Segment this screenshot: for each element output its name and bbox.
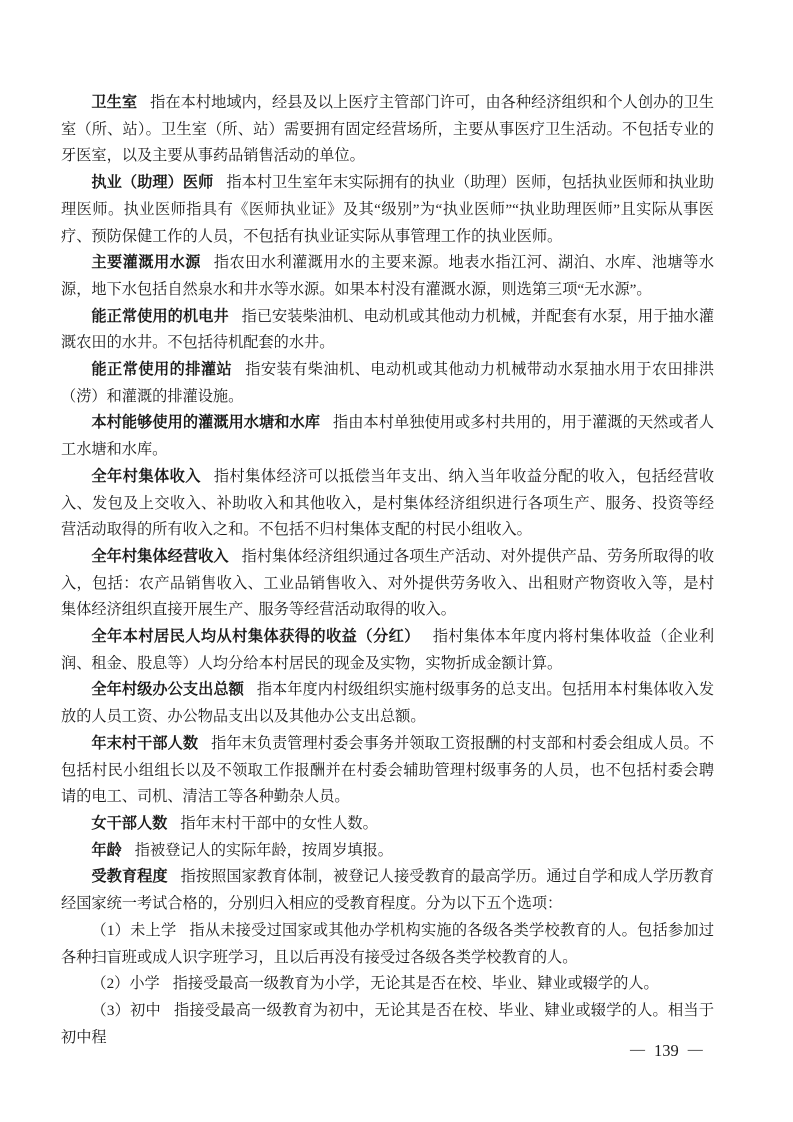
definition-term: 全年村集体收入 <box>91 468 201 485</box>
definition-paragraph: 年龄指被登记人的实际年龄，按周岁填报。 <box>61 838 714 865</box>
definition-text: 指在本村地域内，经县及以上医疗主管部门许可，由各种经济组织和个人创办的卫生室（所… <box>61 94 714 164</box>
definition-paragraph: 全年村级办公支出总额指本年度内村级组织实施村级事务的总支出。包括用本村集体收入发… <box>61 677 714 730</box>
page-number: 139 <box>654 1041 679 1060</box>
definition-term: 年龄 <box>91 842 121 859</box>
definition-paragraph: 能正常使用的排灌站指安装有柴油机、电动机或其他动力机械带动水泵抽水用于农田排洪（… <box>61 357 714 410</box>
definition-term: 卫生室 <box>91 94 137 111</box>
page-number-footer: —139— <box>621 1041 712 1061</box>
education-option-text: 指接受最高一级教育为小学，无论其是否在校、毕业、肄业或辍学的人。 <box>173 975 659 992</box>
definition-paragraph: 受教育程度指按照国家教育体制，被登记人接受教育的最高学历。通过自学和成人学历教育… <box>61 864 714 917</box>
definition-term: 执业（助理）医师 <box>91 174 213 191</box>
definition-term: 女干部人数 <box>91 815 167 832</box>
definition-paragraph: 年末村干部人数指年末负责管理村委会事务并领取工资报酬的村支部和村委会组成人员。不… <box>61 731 714 811</box>
definition-text: 指被登记人的实际年龄，按周岁填报。 <box>135 842 393 859</box>
definition-paragraph: 执业（助理）医师指本村卫生室年末实际拥有的执业（助理）医师，包括执业医师和执业助… <box>61 170 714 250</box>
education-option-paragraph: （1）未上学指从未接受过国家或其他办学机构实施的各级各类学校教育的人。包括参加过… <box>61 918 714 971</box>
definition-paragraph: 全年本村居民人均从村集体获得的收益（分红）指村集体本年度内将村集体收益（企业利润… <box>61 624 714 677</box>
definition-paragraph: 能正常使用的机电井指已安装柴油机、电动机或其他动力机械，并配套有水泵，用于抽水灌… <box>61 304 714 357</box>
document-page: 卫生室指在本村地域内，经县及以上医疗主管部门许可，由各种经济组织和个人创办的卫生… <box>0 0 793 1122</box>
definition-term: 能正常使用的机电井 <box>91 308 228 325</box>
definition-term: 主要灌溉用水源 <box>91 254 201 271</box>
definition-paragraph: 全年村集体收入指村集体经济可以抵偿当年支出、纳入当年收益分配的收入，包括经营收入… <box>61 464 714 544</box>
definition-paragraph: 本村能够使用的灌溉用水塘和水库指由本村单独使用或多村共用的，用于灌溉的天然或者人… <box>61 410 714 463</box>
education-option-paragraph: （2）小学指接受最高一级教育为小学，无论其是否在校、毕业、肄业或辍学的人。 <box>61 971 714 998</box>
education-option-label: （3）初中 <box>91 1002 161 1019</box>
definition-paragraph: 主要灌溉用水源指农田水利灌溉用水的主要来源。地表水指江河、湖泊、水库、池塘等水源… <box>61 250 714 303</box>
education-option-label: （2）小学 <box>91 975 159 992</box>
definition-paragraph: 全年村集体经营收入指村集体经济组织通过各项生产活动、对外提供产品、劳务所取得的收… <box>61 544 714 624</box>
definition-paragraph: 女干部人数指年末村干部中的女性人数。 <box>61 811 714 838</box>
education-option-label: （1）未上学 <box>91 922 176 939</box>
definition-paragraph: 卫生室指在本村地域内，经县及以上医疗主管部门许可，由各种经济组织和个人创办的卫生… <box>61 90 714 170</box>
definition-term: 全年村级办公支出总额 <box>91 681 243 698</box>
definition-term: 全年村集体经营收入 <box>91 548 228 565</box>
definition-term: 全年本村居民人均从村集体获得的收益（分红） <box>91 628 420 645</box>
definition-term: 年末村干部人数 <box>91 735 198 752</box>
definition-term: 受教育程度 <box>91 868 167 885</box>
education-option-paragraph: （3）初中指接受最高一级教育为初中，无论其是否在校、毕业、肄业或辍学的人。相当于… <box>61 998 714 1051</box>
page-number-dash-left: — <box>630 1042 645 1059</box>
definition-term: 本村能够使用的灌溉用水塘和水库 <box>91 414 320 431</box>
definition-term: 能正常使用的排灌站 <box>91 361 232 378</box>
page-number-dash-right: — <box>688 1042 703 1059</box>
definition-text: 指年末村干部中的女性人数。 <box>180 815 377 832</box>
page-body-text: 卫生室指在本村地域内，经县及以上医疗主管部门许可，由各种经济组织和个人创办的卫生… <box>61 90 714 1051</box>
